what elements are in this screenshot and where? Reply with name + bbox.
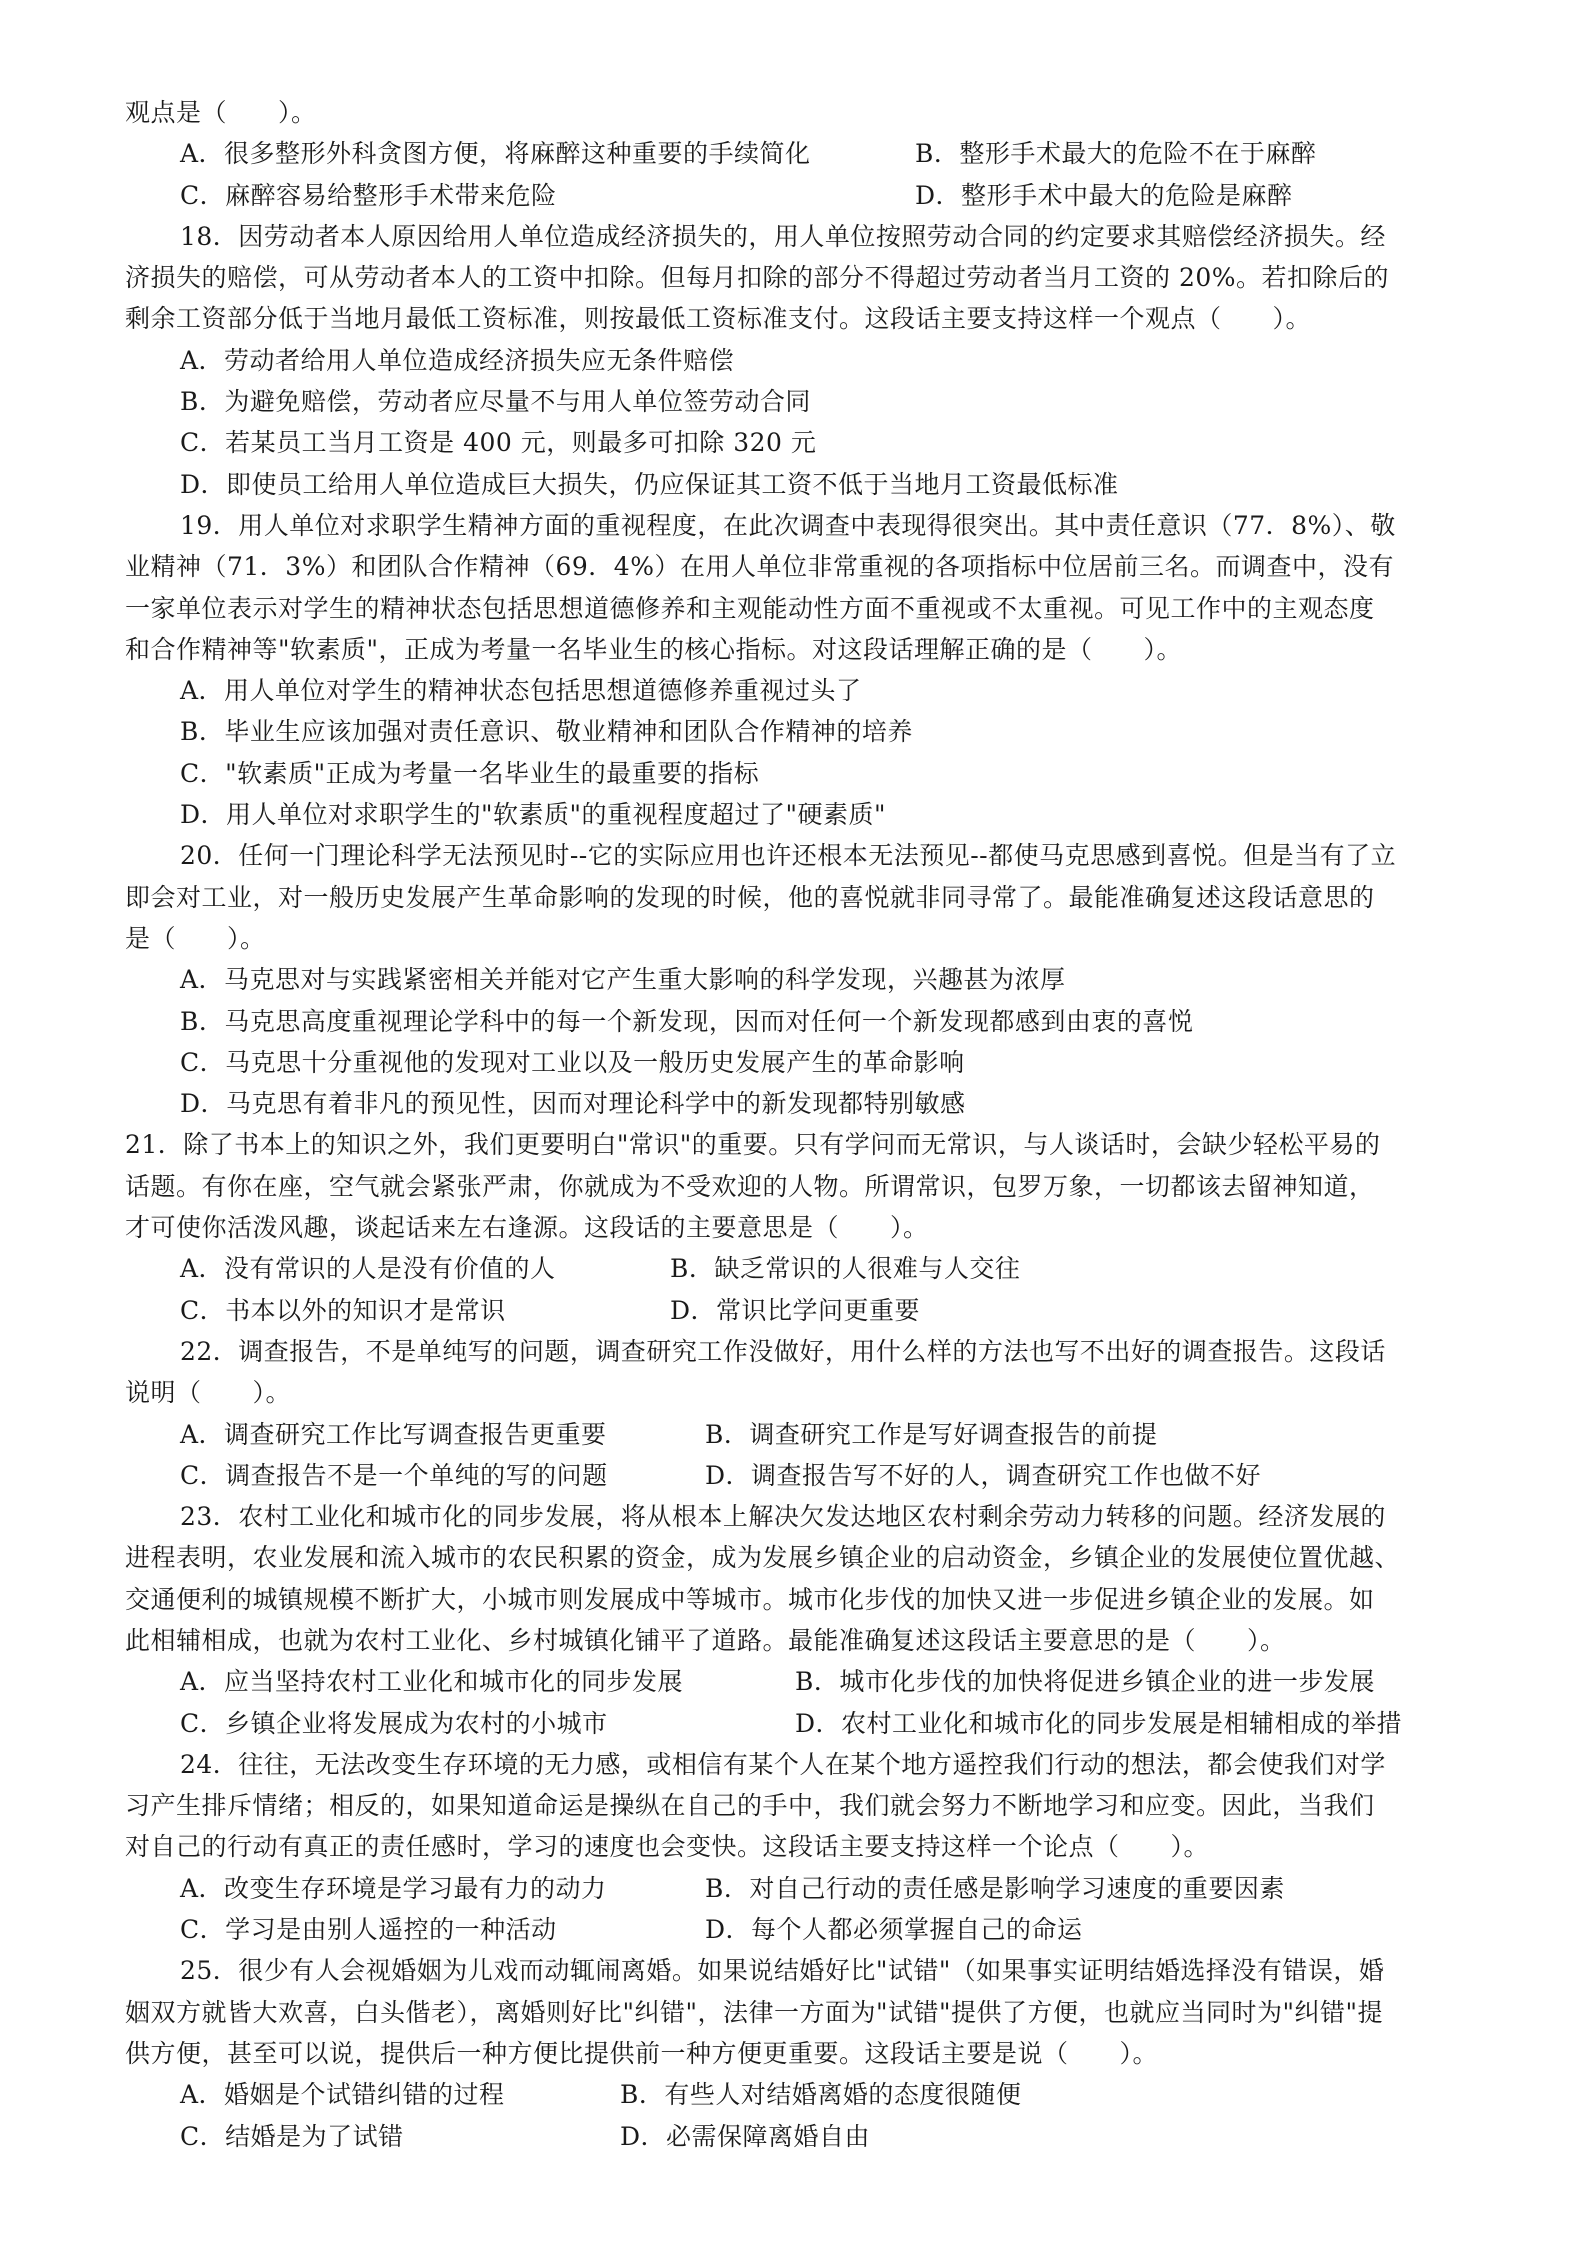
q20-option-a: A．马克思对与实践紧密相关并能对它产生重大影响的科学发现，兴趣甚为浓厚 <box>125 959 1490 1000</box>
q20-option-b: B．马克思高度重视理论学科中的每一个新发现，因而对任何一个新发现都感到由衷的喜悦 <box>125 1001 1490 1042</box>
q18-option-d: D．即使员工给用人单位造成巨大损失，仍应保证其工资不低于当地月工资最低标准 <box>125 464 1490 505</box>
q20-option-d: D．马克思有着非凡的预见性，因而对理论科学中的新发现都特别敏感 <box>125 1083 1490 1124</box>
q23-option-d: D．农村工业化和城市化的同步发展是相辅相成的举措 <box>795 1703 1402 1744</box>
q18-option-b: B．为避免赔偿，劳动者应尽量不与用人单位签劳动合同 <box>125 381 1490 422</box>
q19-option-b: B．毕业生应该加强对责任意识、敬业精神和团队合作精神的培养 <box>125 711 1490 752</box>
q18-option-c: C．若某员工当月工资是 400 元，则最多可扣除 320 元 <box>125 422 1490 463</box>
q25-stem-line-3: 供方便，甚至可以说，提供后一种方便比提供前一种方便更重要。这段话主要是说（ ）。 <box>125 2033 1490 2074</box>
q20-stem-line-1: 20．任何一门理论科学无法预见时--它的实际应用也许还根本无法预见--都使马克思… <box>125 835 1490 876</box>
q23-option-a: A．应当坚持农村工业化和城市化的同步发展 <box>180 1661 683 1702</box>
q17-options-row-1: A．很多整形外科贪图方便，将麻醉这种重要的手续简化 B．整形手术最大的危险不在于… <box>125 133 1490 174</box>
q25-options-row-1: A．婚姻是个试错纠错的过程 B．有些人对结婚离婚的态度很随便 <box>125 2074 1490 2115</box>
q18-stem-line-3: 剩余工资部分低于当地月最低工资标准，则按最低工资标准支付。这段话主要支持这样一个… <box>125 298 1490 339</box>
q25-option-c: C．结婚是为了试错 <box>180 2116 404 2157</box>
q24-options-row-2: C．学习是由别人遥控的一种活动 D．每个人都必须掌握自己的命运 <box>125 1909 1490 1950</box>
q19-option-a: A．用人单位对学生的精神状态包括思想道德修养重视过头了 <box>125 670 1490 711</box>
q19-stem-line-2: 业精神（71．3%）和团队合作精神（69．4%）在用人单位非常重视的各项指标中位… <box>125 546 1490 587</box>
q20-stem-line-2: 即会对工业，对一般历史发展产生革命影响的发现的时候，他的喜悦就非同寻常了。最能准… <box>125 877 1490 918</box>
q23-options-row-2: C．乡镇企业将发展成为农村的小城市 D．农村工业化和城市化的同步发展是相辅相成的… <box>125 1703 1490 1744</box>
q22-option-d: D．调查报告写不好的人，调查研究工作也做不好 <box>705 1455 1261 1496</box>
q23-stem-line-1: 23．农村工业化和城市化的同步发展，将从根本上解决欠发达地区农村剩余劳动力转移的… <box>125 1496 1490 1537</box>
q24-stem-line-2: 习产生排斥情绪；相反的，如果知道命运是操纵在自己的手中，我们就会努力不断地学习和… <box>125 1785 1490 1826</box>
q24-option-d: D．每个人都必须掌握自己的命运 <box>705 1909 1083 1950</box>
q23-option-c: C．乡镇企业将发展成为农村的小城市 <box>180 1703 608 1744</box>
q23-stem-line-2: 进程表明，农业发展和流入城市的农民积累的资金，成为发展乡镇企业的启动资金，乡镇企… <box>125 1537 1490 1578</box>
q24-option-b: B．对自己行动的责任感是影响学习速度的重要因素 <box>705 1868 1285 1909</box>
q23-stem-line-3: 交通便利的城镇规模不断扩大，小城市则发展成中等城市。城市化步伐的加快又进一步促进… <box>125 1579 1490 1620</box>
q22-stem-line-2: 说明（ ）。 <box>125 1372 1490 1413</box>
q22-option-a: A．调查研究工作比写调查报告更重要 <box>180 1414 607 1455</box>
q21-stem-line-1: 21．除了书本上的知识之外，我们更要明白"常识"的重要。只有学问而无常识，与人谈… <box>125 1124 1490 1165</box>
q25-stem-line-2: 姻双方就皆大欢喜，白头偕老），离婚则好比"纠错"，法律一方面为"试错"提供了方便… <box>125 1992 1490 2033</box>
q19-stem-line-3: 一家单位表示对学生的精神状态包括思想道德修养和主观能动性方面不重视或不太重视。可… <box>125 588 1490 629</box>
q19-option-d: D．用人单位对求职学生的"软素质"的重视程度超过了"硬素质" <box>125 794 1490 835</box>
q25-option-a: A．婚姻是个试错纠错的过程 <box>180 2074 505 2115</box>
q22-option-b: B．调查研究工作是写好调查报告的前提 <box>705 1414 1157 1455</box>
q23-option-b: B．城市化步伐的加快将促进乡镇企业的进一步发展 <box>795 1661 1375 1702</box>
q17-option-b: B．整形手术最大的危险不在于麻醉 <box>915 133 1316 174</box>
q25-options-row-2: C．结婚是为了试错 D．必需保障离婚自由 <box>125 2116 1490 2157</box>
q17-option-c: C．麻醉容易给整形手术带来危险 <box>180 175 557 216</box>
q20-option-c: C．马克思十分重视他的发现对工业以及一般历史发展产生的革命影响 <box>125 1042 1490 1083</box>
q23-options-row-1: A．应当坚持农村工业化和城市化的同步发展 B．城市化步伐的加快将促进乡镇企业的进… <box>125 1661 1490 1702</box>
q21-options-row-1: A．没有常识的人是没有价值的人 B．缺乏常识的人很难与人交往 <box>125 1248 1490 1289</box>
q19-stem-line-1: 19．用人单位对求职学生精神方面的重视程度，在此次调查中表现得很突出。其中责任意… <box>125 505 1490 546</box>
q24-option-a: A．改变生存环境是学习最有力的动力 <box>180 1868 607 1909</box>
q17-option-a: A．很多整形外科贪图方便，将麻醉这种重要的手续简化 <box>180 133 811 174</box>
q21-option-b: B．缺乏常识的人很难与人交往 <box>670 1248 1020 1289</box>
q24-stem-line-1: 24．往往，无法改变生存环境的无力感，或相信有某个人在某个地方遥控我们行动的想法… <box>125 1744 1490 1785</box>
q22-options-row-2: C．调查报告不是一个单纯的写的问题 D．调查报告写不好的人，调查研究工作也做不好 <box>125 1455 1490 1496</box>
q24-stem-line-3: 对自己的行动有真正的责任感时，学习的速度也会变快。这段话主要支持这样一个论点（ … <box>125 1826 1490 1867</box>
q21-option-d: D．常识比学问更重要 <box>670 1290 920 1331</box>
q25-option-b: B．有些人对结婚离婚的态度很随便 <box>620 2074 1021 2115</box>
q21-stem-line-2: 话题。有你在座，空气就会紧张严肃，你就成为不受欢迎的人物。所谓常识，包罗万象，一… <box>125 1166 1490 1207</box>
q25-option-d: D．必需保障离婚自由 <box>620 2116 870 2157</box>
q21-stem-line-3: 才可使你活泼风趣，谈起话来左右逢源。这段话的主要意思是（ ）。 <box>125 1207 1490 1248</box>
exam-page: 观点是（ ）。 A．很多整形外科贪图方便，将麻醉这种重要的手续简化 B．整形手术… <box>125 92 1490 2157</box>
q23-stem-line-4: 此相辅相成，也就为农村工业化、乡村城镇化铺平了道路。最能准确复述这段话主要意思的… <box>125 1620 1490 1661</box>
q20-stem-line-3: 是（ ）。 <box>125 918 1490 959</box>
q19-option-c: C．"软素质"正成为考量一名毕业生的最重要的指标 <box>125 753 1490 794</box>
q24-option-c: C．学习是由别人遥控的一种活动 <box>180 1909 557 1950</box>
q17-options-row-2: C．麻醉容易给整形手术带来危险 D．整形手术中最大的危险是麻醉 <box>125 175 1490 216</box>
q21-options-row-2: C．书本以外的知识才是常识 D．常识比学问更重要 <box>125 1290 1490 1331</box>
q21-option-a: A．没有常识的人是没有价值的人 <box>180 1248 556 1289</box>
q22-option-c: C．调查报告不是一个单纯的写的问题 <box>180 1455 608 1496</box>
q22-options-row-1: A．调查研究工作比写调查报告更重要 B．调查研究工作是写好调查报告的前提 <box>125 1414 1490 1455</box>
q17-stem-tail: 观点是（ ）。 <box>125 92 1490 133</box>
q18-option-a: A．劳动者给用人单位造成经济损失应无条件赔偿 <box>125 340 1490 381</box>
q25-stem-line-1: 25．很少有人会视婚姻为儿戏而动辄闹离婚。如果说结婚好比"试错"（如果事实证明结… <box>125 1950 1490 1991</box>
q18-stem-line-1: 18．因劳动者本人原因给用人单位造成经济损失的，用人单位按照劳动合同的约定要求其… <box>125 216 1490 257</box>
q17-option-d: D．整形手术中最大的危险是麻醉 <box>915 175 1293 216</box>
q22-stem-line-1: 22．调查报告，不是单纯写的问题，调查研究工作没做好，用什么样的方法也写不出好的… <box>125 1331 1490 1372</box>
q18-stem-line-2: 济损失的赔偿，可从劳动者本人的工资中扣除。但每月扣除的部分不得超过劳动者当月工资… <box>125 257 1490 298</box>
q21-option-c: C．书本以外的知识才是常识 <box>180 1290 506 1331</box>
q24-options-row-1: A．改变生存环境是学习最有力的动力 B．对自己行动的责任感是影响学习速度的重要因… <box>125 1868 1490 1909</box>
q19-stem-line-4: 和合作精神等"软素质"，正成为考量一名毕业生的核心指标。对这段话理解正确的是（ … <box>125 629 1490 670</box>
